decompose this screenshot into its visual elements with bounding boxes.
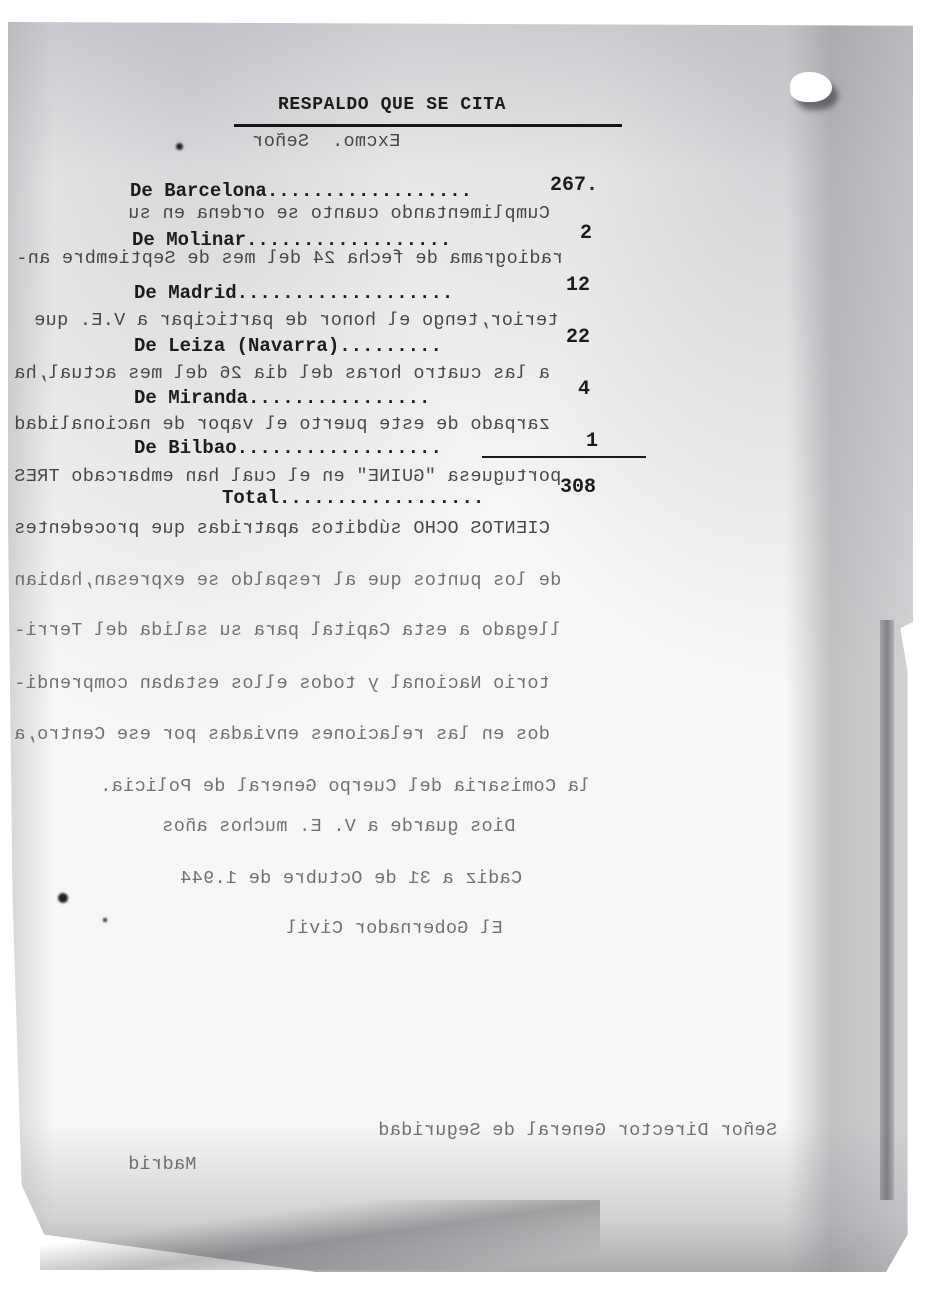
tally-row-value: 12	[566, 276, 590, 296]
paper-tear	[790, 72, 832, 102]
ink-speck	[103, 918, 107, 922]
reverse-body-line: terior,tengo el honor de participar a V.…	[34, 312, 558, 331]
tally-row-label: De Bilbao..................	[134, 439, 442, 458]
title-underline	[234, 124, 622, 127]
tally-row-value: 267.	[550, 176, 598, 196]
paper-crease	[880, 620, 894, 1200]
tally-row-label: De Molinar..................	[132, 231, 451, 250]
sum-underline	[482, 456, 646, 458]
ink-speck	[58, 893, 68, 903]
tally-row-label: De Barcelona..................	[130, 182, 472, 201]
reverse-body-line: de los puntos que al respaldo se expresa…	[14, 572, 561, 591]
tally-row-value: 4	[578, 380, 590, 400]
document-title: RESPALDO QUE SE CITA	[278, 96, 506, 114]
reverse-body-line: dos en las relaciones enviadas por ese C…	[14, 726, 550, 745]
reverse-addressee-city: Madrid	[128, 1156, 196, 1175]
reverse-body-line: radiograma de fecha 24 del mes de Septie…	[16, 250, 563, 269]
reverse-body-line: a las cuatro horas del dia 26 del mes ac…	[14, 365, 550, 384]
reverse-body-line: CIENTOS OCHO súbditos apatridas que proc…	[14, 520, 550, 539]
tally-row-value: 22	[566, 328, 590, 348]
tally-total-label: Total..................	[222, 489, 484, 508]
reverse-body-line: la Comisaria del Cuerpo General de Polic…	[100, 778, 590, 797]
reverse-body-line: portuguesa "GUINE" en el cual han embarc…	[14, 468, 561, 487]
tally-total-value: 308	[560, 478, 596, 498]
reverse-body-line: zarpado de este puerto el vapor de nacio…	[14, 416, 550, 435]
ink-speck	[176, 143, 183, 150]
tally-row-value: 1	[586, 432, 598, 452]
tally-row-value: 2	[580, 224, 592, 244]
tally-row-label: De Miranda................	[134, 389, 430, 408]
tally-row-label: De Madrid...................	[134, 284, 453, 303]
reverse-signatory: El Gobernador Civil	[286, 920, 503, 939]
reverse-salutation: Excmo. Señor	[252, 133, 400, 152]
reverse-closing: Dios guarde a V. E. muchos años	[162, 818, 515, 837]
reverse-addressee: Señor Director General de Seguridad	[378, 1122, 777, 1141]
reverse-body-line: llegado a esta Capital para su salida de…	[14, 622, 561, 641]
reverse-body-line: Cumplimentando cuanto se ordena en su	[128, 205, 550, 224]
reverse-body-line: torio Nacional y todos ellos estaban com…	[14, 675, 550, 694]
tally-row-label: De Leiza (Navarra).........	[134, 337, 442, 356]
reverse-place-date: Cadiz a 31 de Octubre de 1.944	[180, 870, 522, 889]
